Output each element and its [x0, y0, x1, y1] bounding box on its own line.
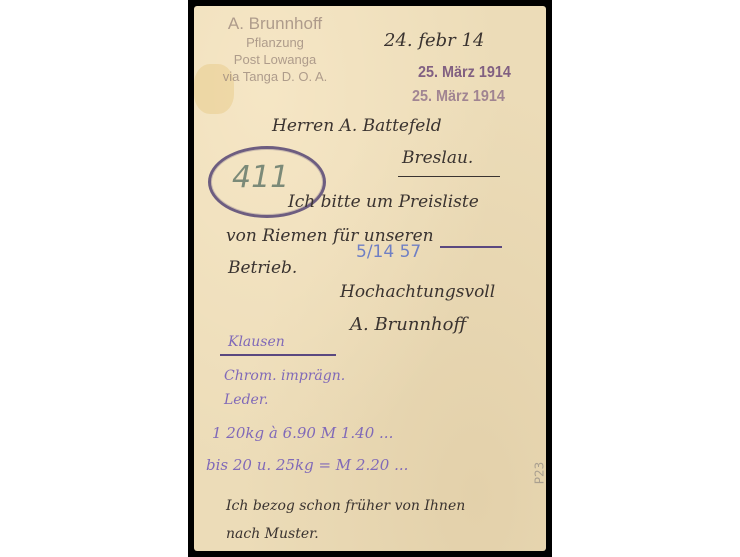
notes-line-4: bis 20 u. 25kg = M 2.20 ... — [206, 456, 408, 474]
notes-line-2: Leder. — [224, 392, 268, 408]
notes-heading-underline — [220, 354, 336, 356]
address-line-1: Herren A. Battefeld — [272, 116, 442, 136]
unseren-underline — [440, 246, 502, 248]
footer-line-1: Ich bezog schon früher von Ihnen — [226, 498, 465, 514]
sender-line-4: via Tanga D. O. A. — [210, 68, 340, 85]
oval-stamp-number: 411 — [232, 160, 289, 195]
sender-stamp: A. Brunnhoff Pflanzung Post Lowanga via … — [210, 14, 340, 85]
body-line-3: Betrieb. — [228, 258, 297, 278]
sender-line-3: Post Lowanga — [210, 51, 340, 68]
side-mark: P23 — [532, 462, 546, 485]
date-written: 24. febr 14 — [384, 30, 484, 51]
notes-line-1: Chrom. imprägn. — [224, 368, 345, 384]
footer-line-2: nach Muster. — [226, 526, 319, 542]
notes-heading: Klausen — [228, 334, 285, 350]
received-stamp-1: 25. März 1914 — [418, 64, 511, 82]
closing: Hochachtungsvoll — [340, 282, 495, 302]
address-underline — [398, 176, 500, 177]
address-line-2: Breslau. — [402, 148, 473, 168]
sender-name: A. Brunnhoff — [210, 14, 340, 34]
signature: A. Brunnhoff — [350, 314, 466, 335]
notes-line-3: 1 20kg à 6.90 M 1.40 ... — [212, 424, 393, 442]
margin-number: 5/14 57 — [356, 242, 421, 262]
sender-line-2: Pflanzung — [210, 34, 340, 51]
body-line-1: Ich bitte um Preisliste — [288, 192, 479, 212]
received-stamp-2: 25. März 1914 — [412, 88, 505, 106]
